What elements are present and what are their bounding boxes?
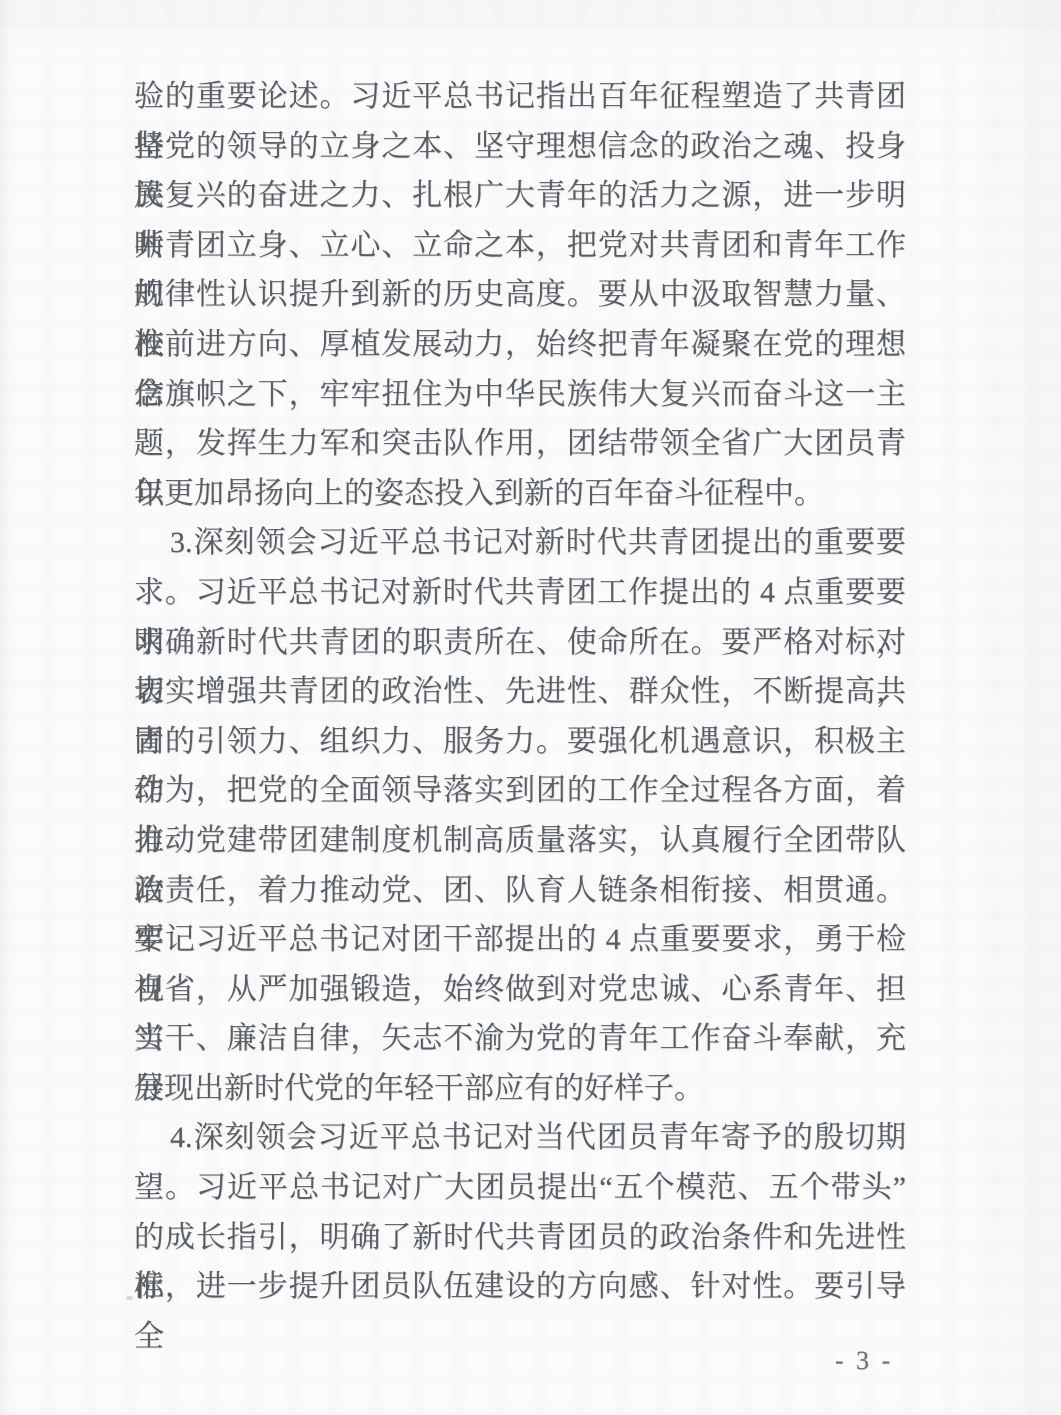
scan-smudge [126, 1296, 133, 1300]
text-line: 实干、廉洁自律，矢志不渝为党的青年工作奋斗奉献，充分 [134, 1014, 906, 1064]
text-line: 念旗帜之下，牢牢扭住为中华民族伟大复兴而奋斗这一主 [134, 370, 906, 420]
text-line: 共青团立身、立心、立命之本，把党对共青团和青年工作的 [134, 221, 906, 271]
text-line: 以更加昂扬向上的姿态投入到新的百年奋斗征程中。 [134, 469, 906, 519]
text-line: 求。习近平总书记对新时代共青团工作提出的 4 点重要要求， [134, 568, 906, 618]
text-line: 切实增强共青团的政治性、先进性、群众性，不断提高共青 [134, 667, 906, 717]
text-line: 持党的领导的立身之本、坚守理想信念的政治之魂、投身民 [134, 122, 906, 172]
text-line: 明确新时代共青团的职责所在、使命所在。要严格对标对表， [134, 618, 906, 668]
text-line: 的成长指引，明确了新时代共青团员的政治条件和先进性标 [134, 1213, 906, 1263]
text-line: 验的重要论述。习近平总书记指出百年征程塑造了共青团坚 [134, 72, 906, 122]
text-line: 族复兴的奋进之力、扎根广大青年的活力之源，进一步明晰 [134, 171, 906, 221]
scan-artifact-top [0, 0, 1061, 55]
text-line: 团的引领力、组织力、服务力。要强化机遇意识，积极主动 [134, 717, 906, 767]
scanned-document-page: 验的重要论述。习近平总书记指出百年征程塑造了共青团坚 持党的领导的立身之本、坚守… [0, 0, 1061, 1415]
scan-artifact-left [0, 0, 10, 1415]
text-line: 题，发挥生力军和突击队作用，团结带领全省广大团员青年 [134, 419, 906, 469]
text-line: 规律性认识提升到新的历史高度。要从中汲取智慧力量、校 [134, 270, 906, 320]
document-body: 验的重要论述。习近平总书记指出百年征程塑造了共青团坚 持党的领导的立身之本、坚守… [134, 72, 906, 1312]
text-line-section-4: 4.深刻领会习近平总书记对当代团员青年寄予的殷切期 [134, 1113, 906, 1163]
text-line: 自省，从严加强锻造，始终做到对党忠诚、心系青年、担当 [134, 965, 906, 1015]
page-number: - 3 - [816, 1344, 912, 1378]
text-line: 准，进一步提升团员队伍建设的方向感、针对性。要引导全 [134, 1262, 906, 1312]
text-line: 推动党建带团建制度机制高质量落实，认真履行全团带队政 [134, 816, 906, 866]
text-line: 牢记习近平总书记对团干部提出的 4 点重要要求，勇于检视 [134, 915, 906, 965]
text-line-section-3: 3.深刻领会习近平总书记对新时代共青团提出的重要要 [134, 518, 906, 568]
text-line: 治责任，着力推动党、团、队育人链条相衔接、相贯通。要 [134, 866, 906, 916]
scan-artifact-right [921, 0, 1061, 1415]
text-line: 作为，把党的全面领导落实到团的工作全过程各方面，着力 [134, 766, 906, 816]
text-line: 望。习近平总书记对广大团员提出“五个模范、五个带头” [134, 1163, 906, 1213]
text-line: 准前进方向、厚植发展动力，始终把青年凝聚在党的理想信 [134, 320, 906, 370]
text-line: 展现出新时代党的年轻干部应有的好样子。 [134, 1064, 906, 1114]
